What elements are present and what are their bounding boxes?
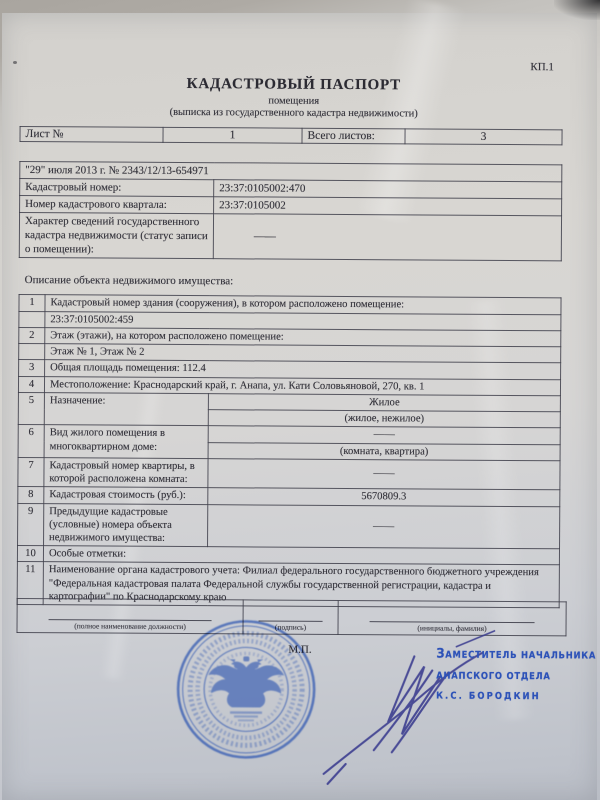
table-row: 7 Кадастровый номер квартиры, в которой …: [18, 457, 560, 490]
cadastral-passport-document: КП.1 КАДАСТРОВЫЙ ПАСПОРТ помещения (выпи…: [15, 58, 568, 800]
previous-numbers-value: ——: [208, 504, 560, 549]
registration-meta-table: "29" июля 2013 г. № 2343/12/13-654971 Ка…: [19, 161, 563, 262]
table-row: 5 Назначение: Жилое: [18, 392, 560, 412]
row-number: 1: [19, 295, 45, 311]
sheet-number-value: 1: [163, 127, 302, 143]
object-description-table: 1 Кадастровый номер здания (сооружения),…: [17, 294, 562, 608]
row-number: 3: [19, 360, 45, 376]
name-stamp-line: ЗАМЕСТИТЕЛЬ НАЧАЛЬНИКА: [436, 647, 586, 663]
quarter-number-label: Номер кадастрового квартала:: [20, 196, 214, 214]
table-row: Лист № 1 Всего листов: 3: [20, 127, 562, 145]
name-stamp-line: К.С. БОРОДКИН: [436, 691, 586, 703]
section-title: Описание объекта недвижимого имущества:: [25, 275, 567, 290]
dwelling-type-label: Вид жилого помещения в многоквартирном д…: [44, 425, 208, 458]
total-sheets-value: 3: [405, 129, 562, 145]
row-number-empty: [19, 344, 45, 360]
name-stamp-text: ЗАМЕСТИТЕЛЬ НАЧАЛЬНИКА АНАПСКОГО ОТДЕЛА …: [436, 647, 586, 712]
official-round-seal: [174, 615, 319, 764]
cadastral-number-value: 23:37:0105002:470: [214, 180, 562, 199]
purpose-label: Назначение:: [44, 393, 208, 426]
sheet-number-label: Лист №: [20, 127, 163, 143]
row-number: 7: [18, 457, 44, 487]
row-number: 4: [18, 376, 44, 392]
row-number: 8: [18, 487, 44, 503]
cadastral-value-label: Кадастровая стоимость (руб.):: [44, 487, 208, 504]
row-number-empty: [19, 311, 45, 327]
row-number: 6: [18, 425, 44, 458]
row-number: 2: [19, 327, 45, 343]
previous-numbers-label: Предыдущие кадастровые (условные) номера…: [44, 503, 208, 547]
row-number: 5: [18, 392, 44, 425]
photo-corner-shadow: [554, 0, 600, 20]
row-number: 9: [18, 503, 44, 546]
total-sheets-label: Всего листов:: [302, 128, 405, 144]
signature-block: (полное наименование должности) (подпись…: [16, 598, 566, 657]
apartment-number-label: Кадастровый номер квартиры, в которой ра…: [44, 457, 208, 487]
table-row: 6 Вид жилого помещения в многоквартирном…: [18, 425, 560, 445]
row-number: 10: [17, 546, 43, 562]
name-stamp-line: АНАПСКОГО ОТДЕЛА: [436, 671, 586, 683]
cadastral-number-label: Кадастровый номер:: [20, 179, 214, 197]
quarter-number-value: 23:37:0105002: [214, 197, 562, 216]
document-subtitle-note: (выписка из государственного кадастра не…: [20, 106, 568, 120]
table-row: 9 Предыдущие кадастровые (условные) номе…: [18, 503, 560, 549]
apartment-number-value: ——: [208, 458, 560, 490]
form-code: КП.1: [20, 58, 568, 73]
record-status-value: ——: [213, 214, 561, 261]
paper-speck: [13, 61, 17, 64]
table-row: Характер сведений государственного кадас…: [19, 213, 561, 262]
sheet-count-table: Лист № 1 Всего листов: 3: [19, 126, 562, 145]
record-status-label: Характер сведений государственного кадас…: [19, 213, 213, 259]
document-title: КАДАСТРОВЫЙ ПАСПОРТ: [20, 75, 568, 95]
